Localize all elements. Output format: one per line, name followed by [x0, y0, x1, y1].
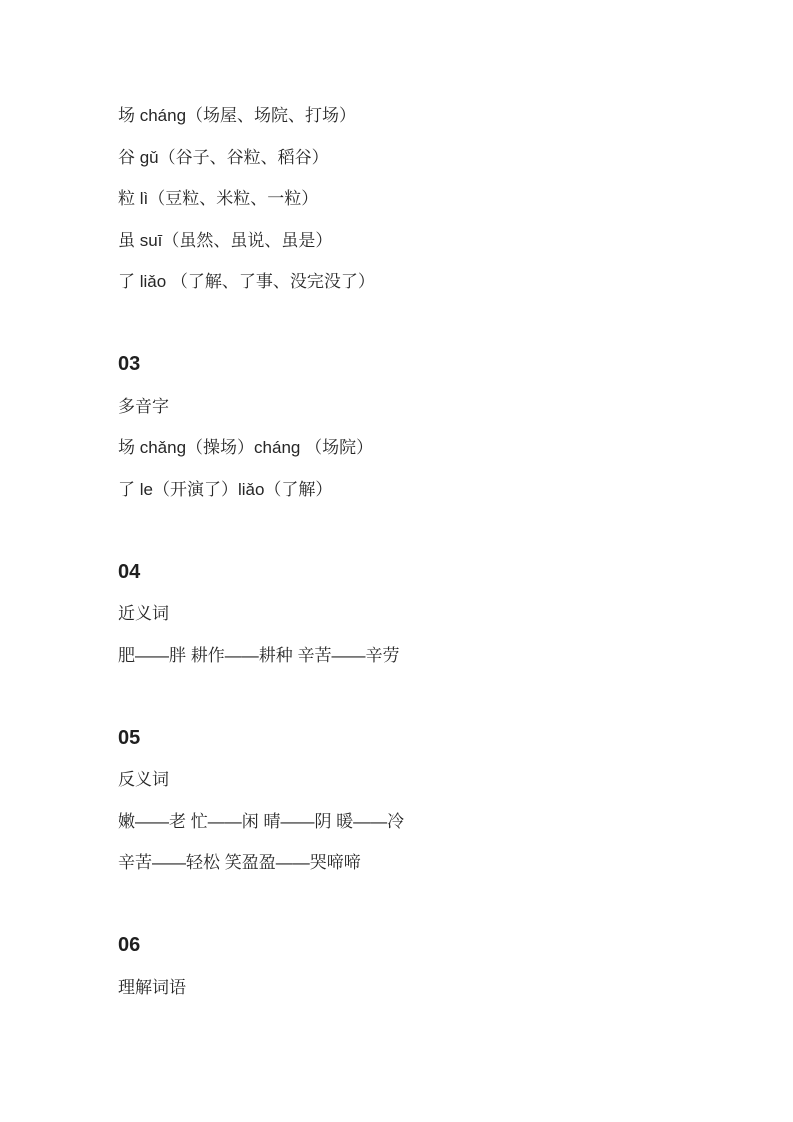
section-polyphonic-characters: 03 多音字 场 chǎng（操场）cháng （场院） 了 le（开演了）li…: [118, 344, 733, 510]
word-line: 虽 suī（虽然、虽说、虽是）: [118, 220, 733, 262]
section-title: 多音字: [118, 386, 733, 428]
word-line: 了 liǎo （了解、了事、没完没了）: [118, 261, 733, 303]
word-line: 场 cháng（场屋、场院、打场）: [118, 95, 733, 137]
word-line: 肥——胖 耕作——耕种 辛苦——辛劳: [118, 635, 733, 677]
word-line: 场 chǎng（操场）cháng （场院）: [118, 427, 733, 469]
section-pinyin-words: 场 cháng（场屋、场院、打场） 谷 gǔ（谷子、谷粒、稻谷） 粒 lì（豆粒…: [118, 95, 733, 303]
section-title: 反义词: [118, 759, 733, 801]
word-line: 了 le（开演了）liǎo（了解）: [118, 469, 733, 511]
document-page: 场 cháng（场屋、场院、打场） 谷 gǔ（谷子、谷粒、稻谷） 粒 lì（豆粒…: [0, 0, 793, 1122]
section-number: 03: [118, 344, 733, 386]
section-title: 近义词: [118, 593, 733, 635]
section-number: 04: [118, 552, 733, 594]
document-content: 场 cháng（场屋、场院、打场） 谷 gǔ（谷子、谷粒、稻谷） 粒 lì（豆粒…: [0, 0, 793, 1008]
section-number: 05: [118, 718, 733, 760]
word-line: 辛苦——轻松 笑盈盈——哭啼啼: [118, 842, 733, 884]
section-title: 理解词语: [118, 967, 733, 1009]
word-line: 谷 gǔ（谷子、谷粒、稻谷）: [118, 137, 733, 179]
word-line: 嫩——老 忙——闲 晴——阴 暖——冷: [118, 801, 733, 843]
section-antonyms: 05 反义词 嫩——老 忙——闲 晴——阴 暖——冷 辛苦——轻松 笑盈盈——哭…: [118, 718, 733, 884]
section-understanding-words: 06 理解词语: [118, 925, 733, 1008]
word-line: 粒 lì（豆粒、米粒、一粒）: [118, 178, 733, 220]
section-synonyms: 04 近义词 肥——胖 耕作——耕种 辛苦——辛劳: [118, 552, 733, 677]
section-number: 06: [118, 925, 733, 967]
